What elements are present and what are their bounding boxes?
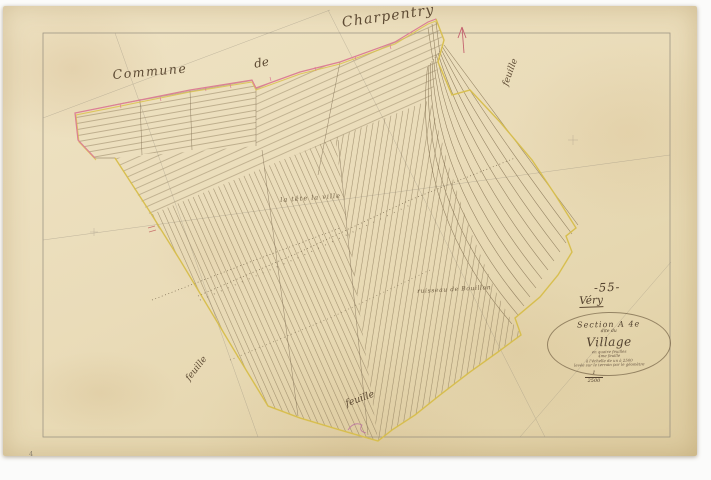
- map-linework: [0, 0, 711, 480]
- north-arrow-icon: [458, 27, 466, 53]
- scan-background: Commune de Charpentry la tête la ville r…: [0, 0, 711, 480]
- parcel-hatching: [75, 19, 578, 441]
- red-margin-mark: [148, 226, 156, 232]
- parcel-region-northwest-strip: [75, 80, 256, 158]
